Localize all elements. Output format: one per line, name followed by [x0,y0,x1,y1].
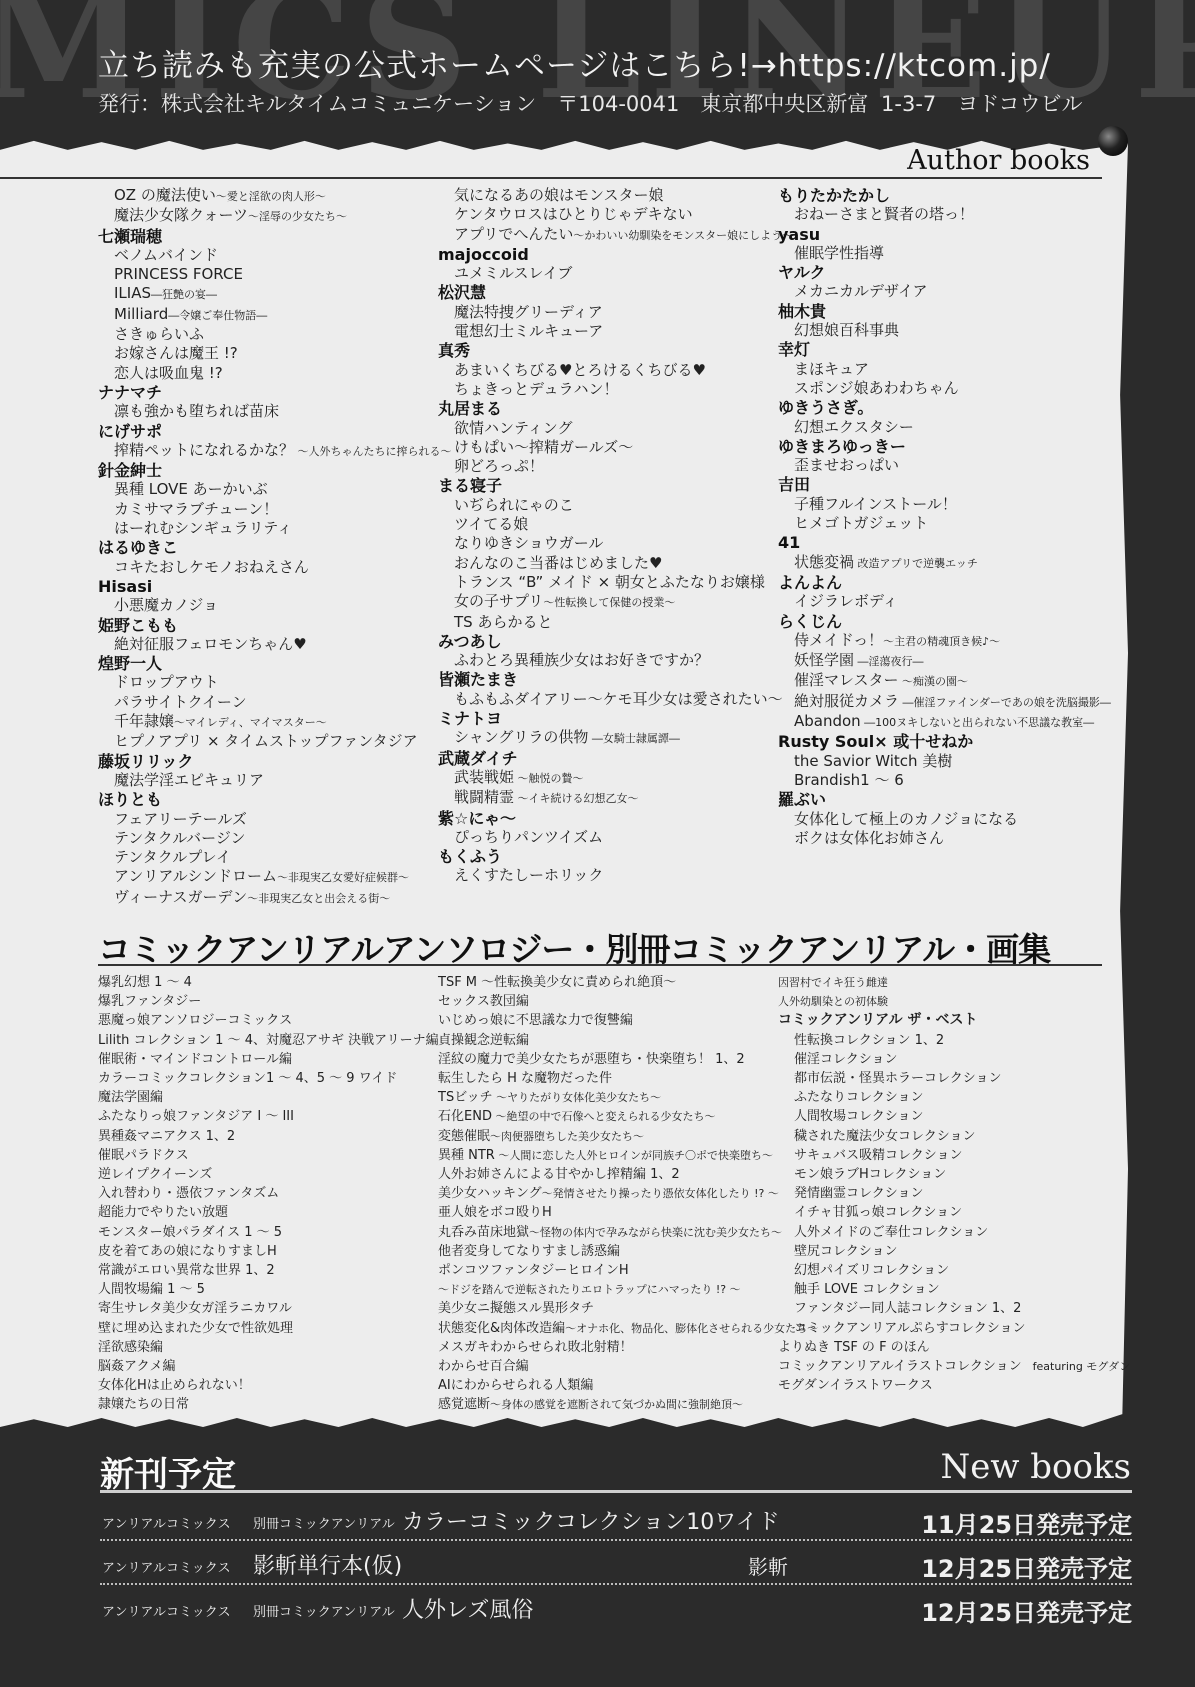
author-column-2: 気になるあの娘はモンスター娘ケンタウロスはひとりじゃデキないアプリでへんたい〜か… [438,186,793,886]
book-title: 魔法少女隊クォーツ〜淫辱の少女たち〜 [98,206,452,226]
book-title: ボクは女体化お姉さん [778,829,1111,848]
book-title-text: ヒプノアプリ × タイムストップファンタジア [114,732,418,750]
book-subtitle: ―令嬢ご奉仕物語― [168,309,267,322]
author-name: 吉田 [778,475,1111,494]
book-title: ケンタウロスはひとりじゃデキない [438,205,793,224]
author-name: 皆瀬たまき [438,670,793,689]
book-subtitle: 〜マイレディ、マイマスター〜 [174,716,327,729]
book-title: 魔法特捜グリーディア [438,303,793,322]
book-title-text: OZ の魔法使い [114,186,216,204]
book-title-text: 卵どろっぷ！ [454,457,544,475]
anthology-title-text: イチャ甘狐っ娘コレクション [794,1205,962,1220]
book-title-text: シャングリラの供物 [454,728,588,746]
book-title-text: 搾精ペットになれるかな？ [114,441,294,459]
book-subtitle: ―狂艶の宴― [151,288,217,301]
anthology-title: ふたなりコレクション [778,1088,1130,1107]
anthology-title-text: 隷嬢たちの日常 [98,1397,189,1412]
author-name: 41 [778,533,1111,552]
anthology-title: 脳姦アクメ編 [98,1357,439,1376]
anthology-title-text: 触手 LOVE コレクション [794,1282,940,1297]
author-name-text: 姫野こもも [98,616,178,635]
book-title: あまいくちびる♥とろけるくちびる♥ [438,361,793,380]
anthology-title-text: 女体化Hは止められない！ [98,1378,251,1393]
anthology-title-text: ふたなりコレクション [794,1090,923,1105]
book-title-text: おんなのこ当番はじめました♥ [454,554,662,572]
imprint-label: アンリアルコミックス [102,1513,231,1532]
book-title-text: スポンジ娘あわわちゃん [794,379,959,397]
book-title-text: Milliard [114,305,168,323]
book-title-text: えくすたしーホリック [454,866,603,884]
anthology-title-text: カラーコミックコレクション1 〜 4、5 〜 9 ワイド [98,1071,397,1086]
author-name-text: 紫☆にゃ〜 [438,809,516,828]
anthology-title-text: ふたなりっ娘ファンタジア I 〜 III [98,1109,294,1124]
book-title: カラーコミックコレクション10ワイド [402,1505,780,1536]
book-title: コキたおしケモノおねえさん [98,558,452,577]
anthology-title: 皮を着てあの娘になりすましH [98,1242,439,1261]
release-date: 12月25日発売予定 [921,1549,1132,1584]
book-title: ユメミルスレイブ [438,264,793,283]
anthology-subtitle: 〜人間に恋した人外ヒロインが同族チ〇ポで快楽堕ち〜 [495,1149,773,1162]
author-name-text: ナナマチ [98,383,162,402]
anthology-title: 都市伝説・怪異ホラーコレクション [778,1069,1130,1088]
author-name-text: Hisasi [98,577,152,596]
author-name-text: yasu [778,225,820,244]
publisher-info: 発行：株式会社キルタイムコミュニケーション 〒104-0041 東京都中央区新富… [98,88,1082,118]
book-title: 女体化して極上のカノジョになる [778,810,1111,829]
author-name: みつあし [438,632,793,651]
book-title: OZ の魔法使い〜愛と淫欲の肉人形〜 [98,186,452,206]
anthology-title: 変態催眠〜肉便器堕ちした美少女たち〜 [438,1127,818,1146]
author-name-text: もくふう [438,847,502,866]
author-name: 針金紳士 [98,461,452,480]
book-subtitle: 〜非現実乙女と出会える街〜 [247,892,390,905]
book-title: TS あらかると [438,613,793,632]
anthology-title-text: 入れ替わり・憑依ファンタズム [98,1186,279,1201]
author-name: ほりとも [98,790,452,809]
book-title-text: トランス “B” メイド × 朝女とふたなりお嬢様 [454,573,765,591]
author-name: 柚木貴 [778,302,1111,321]
author-name: 姫野こもも [98,616,452,635]
author-name: 丸居まる [438,399,793,418]
book-title: 侍メイドっ！〜主君の精魂頂き候♪〜 [778,631,1111,651]
author-name-text: 羅ぶい [778,790,826,809]
anthology-title: いじめっ娘に不思議な力で復讐編 [438,1011,818,1030]
anthology-subtitle: 〜肉便器堕ちした美少女たち〜 [490,1130,644,1143]
book-title: けもぱい〜搾精ガールズ〜 [438,438,793,457]
book-title-text: 魔法特捜グリーディア [454,303,603,321]
anthology-title-text: AIにわからせられる人類編 [438,1378,593,1393]
book-title: 幻想エクスタシー [778,418,1111,437]
author-name: 煌野一人 [98,654,452,673]
pin-icon [1098,126,1128,156]
anthology-title: 魔法学園編 [98,1088,439,1107]
book-title: PRINCESS FORCE [98,265,452,284]
anthology-title: ポンコツファンタジーヒロインH [438,1261,818,1280]
anthology-title-text: 〜ドジを踏んで逆転されたりエロトラップにハマったり !? 〜 [438,1283,741,1296]
imprint-label: アンリアルコミックス [102,1557,231,1576]
book-title-text: 魔法少女隊クォーツ [114,206,248,224]
author-name: ゆきまろゆっきー [778,437,1111,456]
book-title: 千年隷嬢〜マイレディ、マイマスター〜 [98,712,452,732]
book-title-text: コキたおしケモノおねえさん [114,558,309,576]
book-title: パラサイトクイーン [98,693,452,712]
anthology-title-text: ポンコツファンタジーヒロインH [438,1263,629,1278]
book-subtitle: ―100ヌキしないと出られない不思議な教室― [861,716,1095,729]
book-title: シャングリラの供物 ―女騎士隷属譚― [438,728,793,748]
author-name-text: にげサポ [98,422,162,441]
author-column-1: OZ の魔法使い〜愛と淫欲の肉人形〜魔法少女隊クォーツ〜淫辱の少女たち〜七瀬瑞穂… [98,186,452,908]
author-name: Hisasi [98,577,452,596]
anthology-title: 石化END 〜絶望の中で石像へと変えられる少女たち〜 [438,1107,818,1126]
author-name: ミナトヨ [438,709,793,728]
anthology-title-text: 転生したら H な魔物だった件 [438,1071,612,1086]
book-subtitle: 〜主君の精魂頂き候♪〜 [883,635,1000,648]
book-title-text: 気になるあの娘はモンスター娘 [454,186,664,204]
book-title: ツイてる娘 [438,515,793,534]
anthology-title: サキュバス吸精コレクション [778,1146,1130,1165]
anthology-column-3: 因習村でイキ狂う雌達人外幼馴染との初体験コミックアンリアル ザ・ベスト性転換コレ… [778,973,1130,1395]
anthology-title: モグダンイラストワークス [778,1376,1130,1395]
author-name-text: はるゆきこ [98,538,178,557]
anthology-title: カラーコミックコレクション1 〜 4、5 〜 9 ワイド [98,1069,439,1088]
book-title: Brandish1 〜 6 [778,771,1111,790]
anthology-title-text: 美少女ニ擬態スル異形タチ [438,1301,594,1316]
anthology-title-text: 淫紋の魔力で美少女たちが悪堕ち・快楽堕ち！ 1、2 [438,1052,745,1067]
anthology-title: 寄生サレタ美少女ガ淫ラニカワル [98,1299,439,1318]
book-title: 卵どろっぷ！ [438,457,793,476]
book-subtitle: 〜人外ちゃんたちに搾られる〜 [294,445,452,458]
book-title-text: ツイてる娘 [454,515,528,533]
book-title-text: 武装戦姫 [454,768,514,786]
book-title: まほキュア [778,360,1111,379]
author-name-text: 七瀬瑞穂 [98,227,162,246]
author-name: もりたかたかし [778,186,1111,205]
book-subtitle: 〜愛と淫欲の肉人形〜 [216,190,326,203]
author-name-text: 吉田 [778,475,810,494]
anthology-title-text: いじめっ娘に不思議な力で復讐編 [438,1013,633,1028]
anthology-title: 人外お姉さんによる甘やかし搾精編 1、2 [438,1165,818,1184]
book-subtitle: 〜かわいい幼馴染をモンスター娘にしよう〜 [573,229,793,242]
author-name-text: ゆきまろゆっきー [778,437,906,456]
book-title: 子種フルインストール！ [778,495,1111,514]
anthology-title: 美少女ニ擬態スル異形タチ [438,1299,818,1318]
book-title: 気になるあの娘はモンスター娘 [438,186,793,205]
anthology-title: 幻想パイズリコレクション [778,1261,1130,1280]
anthology-title: わからせ百合編 [438,1357,818,1376]
anthology-title-text: 催眠パラドクス [98,1148,189,1163]
anthology-title: 女体化Hは止められない！ [98,1376,439,1395]
author-name-text: らくじん [778,612,842,631]
author-name-text: 真秀 [438,341,470,360]
book-subtitle: 〜イキ続ける幻想乙女〜 [514,792,639,805]
anthology-title: モン娘ラブHコレクション [778,1165,1130,1184]
anthology-title-text: モグダンイラストワークス [778,1378,933,1393]
book-title: 武装戦姫 〜触悦の贄〜 [438,768,793,788]
author-name: らくじん [778,612,1111,631]
anthology-title-text: 異種姦マニアクス 1、2 [98,1129,235,1144]
series-label: 別冊コミックアンリアル [253,1601,395,1620]
anthology-title: 美少女ハッキング〜発情させたり操ったり憑依女体化したり !? 〜 [438,1184,818,1203]
book-title: 絶対服従カメラ ―催淫ファインダーであの娘を洗脳撮影― [778,692,1111,712]
anthology-title: コミックアンリアルぷらすコレクション [778,1319,1130,1338]
book-title-text: 女の子サプリ [454,592,543,610]
book-title-text: はーれむシンギュラリティ [114,519,292,537]
book-title: 凛も強かも堕ちれば苗床 [98,402,452,421]
anthology-title: Lilith コレクション 1 〜 4、対魔忍アサギ 決戦アリーナ編 [98,1031,439,1050]
book-title-text: ちょきっとデュラハン！ [454,380,619,398]
book-title-text: 小悪魔カノジョ [114,596,218,614]
book-title: さきゅらいふ [98,325,452,344]
book-title-text: 催淫マレスター [794,671,899,689]
book-title: 電想幻士ミルキューア [438,322,793,341]
book-title: おねーさまと賢者の塔っ！ [778,205,1111,224]
book-title-text: ILIAS [114,284,151,302]
book-title-text: 千年隷嬢 [114,712,174,730]
book-title: テンタクルプレイ [98,848,452,867]
book-title: フェアリーテールズ [98,810,452,829]
book-title-text: テンタクルプレイ [114,848,231,866]
anthology-title: コミックアンリアルイラストコレクション featuring モグダン [778,1357,1130,1376]
book-title: お嫁さんは魔王 !? [98,344,452,363]
author-name: ヤルク [778,263,1111,282]
anthology-title: 催眠パラドクス [98,1146,439,1165]
anthology-title: 淫紋の魔力で美少女たちが悪堕ち・快楽堕ち！ 1、2 [438,1050,818,1069]
anthology-title-text: 壁尻コレクション [794,1244,897,1259]
anthology-title-text: 貞操観念逆転編 [438,1033,529,1048]
book-title-text: おねーさまと賢者の塔っ！ [794,205,974,223]
book-title: えくすたしーホリック [438,866,793,885]
book-subtitle: 〜触悦の贄〜 [514,772,584,785]
anthology-title-text: 人外お姉さんによる甘やかし搾精編 1、2 [438,1167,680,1182]
header: 立ち読みも充実の公式ホームページはこちら!→https://ktcom.jp/ … [0,0,1195,140]
anthology-title-text: ファンタジー同人誌コレクション 1、2 [794,1301,1021,1316]
book-title-text: ふわとろ異種族少女はお好きですか？ [454,651,709,669]
new-books-title: 新刊予定 [100,1447,236,1496]
anthology-title: 爆乳ファンタジー [98,992,439,1011]
anthology-title: 悪魔っ娘アンソロジーコミックス [98,1011,439,1030]
anthology-title-text: 皮を着てあの娘になりすましH [98,1244,277,1259]
anthology-title: 催眠術・マインドコントロール編 [98,1050,439,1069]
anthology-title: 穢された魔法少女コレクション [778,1127,1130,1146]
book-title-text: テンタクルバージン [114,829,245,847]
book-title-text: お嫁さんは魔王 !? [114,344,238,362]
anthology-title-text: 石化END [438,1109,492,1124]
anthology-title-text: TSビッチ [438,1090,493,1105]
book-title-text: 恋人は吸血鬼 !? [114,364,223,382]
anthology-title: 催淫コレクション [778,1050,1130,1069]
anthology-title-text: Lilith コレクション 1 〜 4、対魔忍アサギ 決戦アリーナ編 [98,1033,439,1048]
book-title: 女の子サプリ〜性転換して保健の授業〜 [438,592,793,612]
book-title-text: 魔法学淫エピキュリア [114,771,264,789]
book-title-text: ユメミルスレイブ [454,264,572,282]
anthology-title: 丸呑み苗床地獄〜怪物の体内で孕みながら快楽に沈む美少女たち〜 [438,1223,818,1242]
book-subtitle: 〜非現実乙女愛好症候群〜 [277,871,409,884]
book-title: ぴっちりパンツイズム [438,828,793,847]
book-title: Milliard―令嬢ご奉仕物語― [98,305,452,325]
anthology-title: 常識がエロい異常な世界 1、2 [98,1261,439,1280]
anthology-title: 〜ドジを踏んで逆転されたりエロトラップにハマったり !? 〜 [438,1280,818,1299]
book-title: 人外レズ風俗 [402,1593,533,1624]
anthology-title: ふたなりっ娘ファンタジア I 〜 III [98,1107,439,1126]
book-title-text: Abandon [794,712,861,730]
book-title-text: カミサマラブチューン！ [114,500,278,518]
anthology-title-text: コミックアンリアル ザ・ベスト [778,1012,977,1028]
author-name-text: ほりとも [98,790,162,809]
book-title: ILIAS―狂艶の宴― [98,284,452,304]
anthology-title: 亜人娘をボコ殴りH [438,1203,818,1222]
anthology-title-text: 発情幽霊コレクション [794,1186,923,1201]
author-name: yasu [778,225,1111,244]
author-name-text: もりたかたかし [778,186,890,205]
anthology-title-text: 爆乳幻想 1 〜 4 [98,975,192,990]
book-title: ヒメゴトガジェット [778,514,1111,533]
book-title: Abandon ―100ヌキしないと出られない不思議な教室― [778,712,1111,732]
book-title-text: 女体化して極上のカノジョになる [794,810,1018,828]
author-name: 紫☆にゃ〜 [438,809,793,828]
anthology-subtitle: 〜身体の感覚を遮断されて気づかぬ間に強制絶頂〜 [490,1398,743,1411]
book-title-text: あまいくちびる♥とろけるくちびる♥ [454,361,706,379]
author-name-text: よんよん [778,573,842,592]
book-title: アプリでへんたい〜かわいい幼馴染をモンスター娘にしよう〜 [438,225,793,245]
anthology-title: 感覚遮断〜身体の感覚を遮断されて気づかぬ間に強制絶頂〜 [438,1395,818,1414]
book-title-text: フェアリーテールズ [114,810,247,828]
anthology-title-text: 状態変化&肉体改造編 [438,1321,565,1336]
anthology-title-text: 性転換コレクション 1、2 [794,1033,944,1048]
anthology-title: 人間牧場コレクション [778,1107,1130,1126]
anthology-title: 異種姦マニアクス 1、2 [98,1127,439,1146]
divider [100,1490,1132,1493]
author-name-text: 煌野一人 [98,654,162,673]
book-title-text: けもぱい〜搾精ガールズ〜 [454,438,633,456]
author-name: まる寝子 [438,476,793,495]
book-title: 恋人は吸血鬼 !? [98,364,452,383]
author-name-text: 武蔵ダイチ [438,749,518,768]
book-title: 戦闘精霊 〜イキ続ける幻想乙女〜 [438,788,793,808]
anthology-title-text: サキュバス吸精コレクション [794,1148,962,1163]
anthology-title: TSビッチ 〜ヤりたがり女体化美少女たち〜 [438,1088,818,1107]
author-name: よんよん [778,573,1111,592]
book-title: トランス “B” メイド × 朝女とふたなりお嬢様 [438,573,793,592]
author-name: 七瀬瑞穂 [98,227,452,246]
anthology-title: ファンタジー同人誌コレクション 1、2 [778,1299,1130,1318]
author-name-text: 藤坂リリック [98,752,193,771]
author-name: 幸灯 [778,340,1111,359]
book-title-text: 子種フルインストール！ [794,495,957,513]
book-title: ふわとろ異種族少女はお好きですか？ [438,651,793,670]
book-title-text: 妖怪学園 [794,651,854,669]
anthology-title-text: 魔法学園編 [98,1090,163,1105]
book-title: 催淫マレスター 〜痴漢の園〜 [778,671,1111,691]
author-name: ナナマチ [98,383,452,402]
author-name-text: 針金紳士 [98,461,162,480]
book-title-text: ヒメゴトガジェット [794,514,928,532]
anthology-title-text: わからせ百合編 [438,1359,529,1374]
book-subtitle: 〜性転換して保健の授業〜 [543,596,675,609]
book-title: スポンジ娘あわわちゃん [778,379,1111,398]
book-title: ドロップアウト [98,673,452,692]
book-title: はーれむシンギュラリティ [98,519,452,538]
anthology-title-text: 催眠術・マインドコントロール編 [98,1052,292,1067]
book-title: 催眠学性指導 [778,244,1111,263]
author-name: 真秀 [438,341,793,360]
anthology-title-text: TSF M 〜性転換美少女に責められ絶頂〜 [438,975,676,990]
book-title: ヒプノアプリ × タイムストップファンタジア [98,732,452,751]
book-title-text: ベノムバインド [114,246,218,264]
anthology-title: 状態変化&肉体改造編〜オナホ化、物品化、膨体化させられる少女たち〜 [438,1319,818,1338]
anthology-title-text: 異種 NTR [438,1148,495,1163]
book-title-text: PRINCESS FORCE [114,265,243,283]
author-name-text: Rusty Soul× 或十せねか [778,732,973,751]
anthology-title: モンスター娘パラダイス 1 〜 5 [98,1223,439,1242]
anthology-title: イチャ甘狐っ娘コレクション [778,1203,1130,1222]
book-title-text: the Savior Witch 美樹 [794,752,952,770]
anthology-subtitle: featuring モグダン [1022,1360,1131,1373]
anthology-title: 発情幽霊コレクション [778,1184,1130,1203]
book-title-text: いぢられにゃのこ [454,496,574,514]
author-name: はるゆきこ [98,538,452,557]
anthology-title-text: 爆乳ファンタジー [98,994,201,1009]
author-name-text: 松沢慧 [438,283,486,302]
new-book-row[interactable]: アンリアルコミックス 別冊コミックアンリアル カラーコミックコレクション10ワイ… [100,1497,1132,1541]
book-title-text: アプリでへんたい [454,225,573,243]
anthology-title-text: 常識がエロい異常な世界 1、2 [98,1263,275,1278]
book-title-text: 電想幻士ミルキューア [454,322,603,340]
book-title: もふもふダイアリー〜ケモ耳少女は愛されたい〜 [438,690,793,709]
anthology-title-text: 寄生サレタ美少女ガ淫ラニカワル [98,1301,292,1316]
anthology-title: 超能力でやりたい放題 [98,1203,439,1222]
imprint-label: アンリアルコミックス [102,1601,231,1620]
anthology-title: 逆レイプクイーンズ [98,1165,439,1184]
book-title-text: 催眠学性指導 [794,244,884,262]
anthology-title-text: 人間牧場編 1 〜 5 [98,1282,205,1297]
book-title-text: ケンタウロスはひとりじゃデキない [454,205,693,223]
official-site-link[interactable]: 立ち読みも充実の公式ホームページはこちら!→https://ktcom.jp/ [98,40,1051,85]
new-book-row[interactable]: アンリアルコミックス 別冊コミックアンリアル 人外レズ風俗 12月25日発売予定 [100,1585,1132,1627]
book-title-text: パラサイトクイーン [114,693,247,711]
book-subtitle: 改造アプリで逆襲エッチ [854,557,978,570]
author-name-text: ヤルク [778,263,826,282]
author-name-text: 丸居まる [438,399,502,418]
anthology-title-text: 人間牧場コレクション [794,1109,923,1124]
book-subtitle: 〜痴漢の園〜 [899,675,969,688]
anthology-title-text: 変態催眠 [438,1129,490,1144]
anthology-title-text: よりぬき TSF の F のほん [778,1340,930,1355]
anthology-title-text: メスガキわからせられ敗北射精！ [438,1340,633,1355]
book-title: 異種 LOVE あーかいぶ [98,480,452,499]
book-title: いぢられにゃのこ [438,496,793,515]
release-date: 11月25日発売予定 [921,1505,1132,1540]
anthology-title-text: コミックアンリアルぷらすコレクション [794,1321,1026,1336]
anthology-title-text: 幻想パイズリコレクション [794,1263,949,1278]
book-title: 絶対征服フェロモンちゃん♥ [98,635,452,654]
anthology-title-text: セックス教団編 [438,994,529,1009]
author-name-text: まる寝子 [438,476,502,495]
book-title-text: 凛も強かも堕ちれば苗床 [114,402,279,420]
author-column-3: もりたかたかしおねーさまと賢者の塔っ！yasu催眠学性指導ヤルクメカニカルデザイ… [778,186,1111,848]
new-book-row[interactable]: アンリアルコミックス 影斬単行本(仮) 影斬 12月25日発売予定 [100,1541,1132,1585]
book-title: 影斬単行本(仮) [253,1549,402,1580]
book-title: 歪ませおっぱい [778,456,1111,475]
author-name: 武蔵ダイチ [438,749,793,768]
book-title: 幻想娘百科事典 [778,321,1111,340]
book-title-text: TS あらかると [454,613,552,631]
anthology-title: セックス教団編 [438,992,818,1011]
author-name-text: みつあし [438,632,502,651]
anthology-title-text: コミックアンリアルイラストコレクション [778,1359,1022,1374]
new-books-title-en: New books [940,1447,1131,1487]
book-title-text: 侍メイドっ！ [794,631,883,649]
anthology-title: 因習村でイキ狂う雌達 [778,973,1130,992]
